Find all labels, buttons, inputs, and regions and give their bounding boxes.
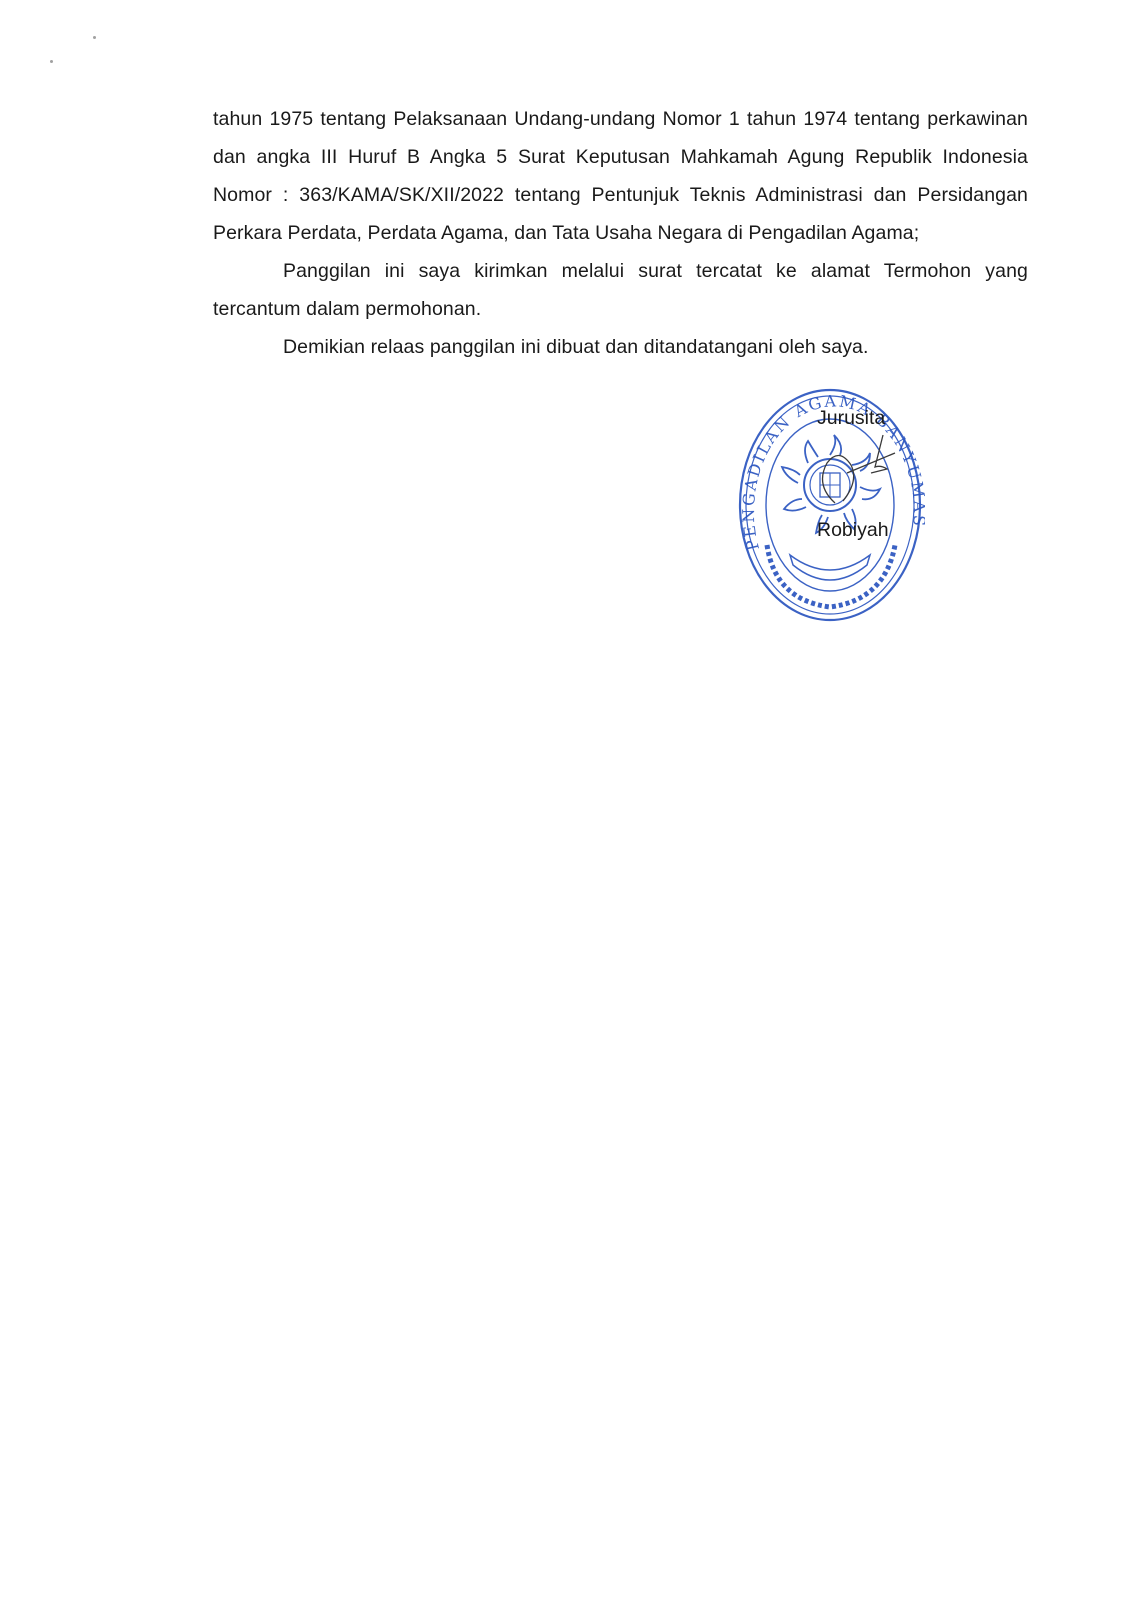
scan-speck — [50, 60, 53, 63]
document-body: tahun 1975 tentang Pelaksanaan Undang-un… — [213, 100, 1028, 366]
signer-role: Jurusita — [817, 407, 885, 430]
scan-speck — [93, 36, 96, 39]
paragraph-delivery-method: Panggilan ini saya kirimkan melalui sura… — [213, 252, 1028, 328]
signer-name: Robiyah — [817, 519, 889, 542]
paragraph-closing: Demikian relaas panggilan ini dibuat dan… — [213, 328, 1028, 366]
signature-block: PENGADILAN AGAMA BANYUMAS Jurusita Robiy… — [735, 385, 925, 625]
paragraph-legal-basis: tahun 1975 tentang Pelaksanaan Undang-un… — [213, 100, 1028, 252]
handwritten-signature-icon — [795, 425, 905, 515]
